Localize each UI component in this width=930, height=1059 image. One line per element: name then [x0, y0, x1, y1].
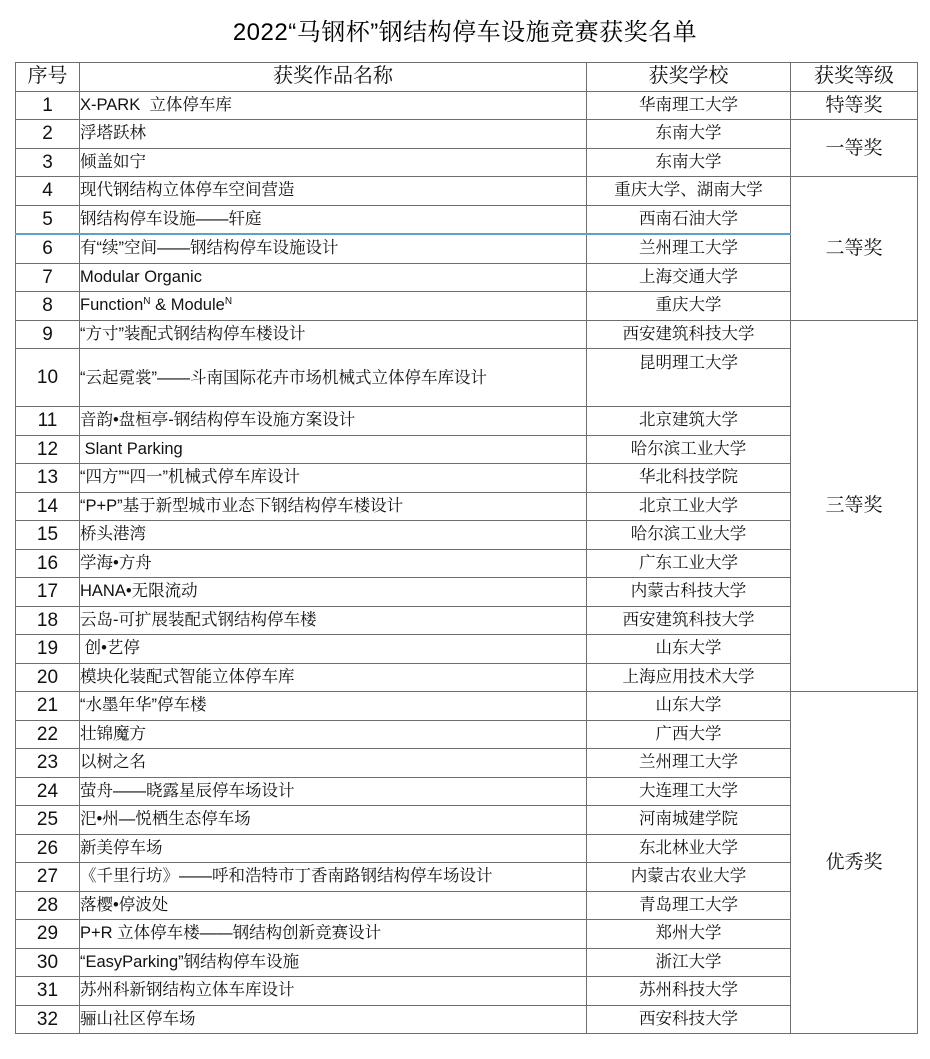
table-row: 12 Slant Parking 哈尔滨工业大学 — [16, 435, 918, 464]
row-no: 10 — [16, 349, 80, 407]
row-work-name: 壮锦魔方 — [80, 720, 587, 749]
table-row: 22 壮锦魔方 广西大学 — [16, 720, 918, 749]
row-school: 内蒙古科技大学 — [587, 578, 791, 607]
row-school: 兰州理工大学 — [587, 234, 791, 263]
row-no: 2 — [16, 120, 80, 149]
row-no: 7 — [16, 263, 80, 292]
row-no: 19 — [16, 635, 80, 664]
row-work-name: HANA•无限流动 — [80, 578, 587, 607]
row-school: 华北科技学院 — [587, 464, 791, 493]
row-work-name: 创•艺停 — [80, 635, 587, 664]
row-no: 31 — [16, 977, 80, 1006]
row-no: 32 — [16, 1005, 80, 1034]
table-row: 4 现代钢结构立体停车空间营造 重庆大学、湖南大学 二等奖 — [16, 177, 918, 206]
table-row: 32 骊山社区停车场 西安科技大学 — [16, 1005, 918, 1034]
header-work-name: 获奖作品名称 — [80, 63, 587, 92]
row-work-name: 《千里行坊》——呼和浩特市丁香南路钢结构停车场设计 — [80, 863, 587, 892]
row-school: 郑州大学 — [587, 920, 791, 949]
row-no: 30 — [16, 948, 80, 977]
table-row: 9 “方寸”装配式钢结构停车楼设计 西安建筑科技大学 三等奖 — [16, 320, 918, 349]
row-school: 大连理工大学 — [587, 777, 791, 806]
table-row: 21 “水墨年华”停车楼 山东大学 优秀奖 — [16, 692, 918, 721]
row-school: 上海应用技术大学 — [587, 663, 791, 692]
row-school: 东北林业大学 — [587, 834, 791, 863]
row-work-name: 汜•州—悦栖生态停车场 — [80, 806, 587, 835]
row-work-name: 萤舟——晓露星辰停车场设计 — [80, 777, 587, 806]
row-no: 25 — [16, 806, 80, 835]
table-row: 5 钢结构停车设施——轩庭 西南石油大学 — [16, 205, 918, 234]
table-row: 7 Modular Organic 上海交通大学 — [16, 263, 918, 292]
row-school: 重庆大学、湖南大学 — [587, 177, 791, 206]
table-row: 27 《千里行坊》——呼和浩特市丁香南路钢结构停车场设计 内蒙古农业大学 — [16, 863, 918, 892]
row-work-name: Slant Parking — [80, 435, 587, 464]
header-no: 序号 — [16, 63, 80, 92]
work-name-part: & Module — [151, 296, 225, 314]
row-no: 5 — [16, 205, 80, 234]
row-no: 27 — [16, 863, 80, 892]
row-no: 14 — [16, 492, 80, 521]
row-school: 山东大学 — [587, 692, 791, 721]
table-row: 10 “云起霓裳”——斗南国际花卉市场机械式立体停车库设计 昆明理工大学 — [16, 349, 918, 407]
row-work-name: 以树之名 — [80, 749, 587, 778]
row-work-name: 桥头港湾 — [80, 521, 587, 550]
row-work-name: 现代钢结构立体停车空间营造 — [80, 177, 587, 206]
row-work-name: 钢结构停车设施——轩庭 — [80, 205, 587, 234]
row-work-name: 云岛-可扩展装配式钢结构停车楼 — [80, 606, 587, 635]
row-work-name: “水墨年华”停车楼 — [80, 692, 587, 721]
table-row: 30 “EasyParking”钢结构停车设施 浙江大学 — [16, 948, 918, 977]
row-work-name: 有“续”空间——钢结构停车设施设计 — [80, 234, 587, 263]
header-level: 获奖等级 — [791, 63, 918, 92]
row-school: 山东大学 — [587, 635, 791, 664]
row-school: 河南城建学院 — [587, 806, 791, 835]
table-row: 3 倾盖如宁 东南大学 — [16, 148, 918, 177]
row-no: 15 — [16, 521, 80, 550]
row-work-name: “云起霓裳”——斗南国际花卉市场机械式立体停车库设计 — [80, 349, 587, 407]
row-school: 哈尔滨工业大学 — [587, 435, 791, 464]
level-second: 二等奖 — [791, 177, 918, 321]
row-no: 4 — [16, 177, 80, 206]
level-first: 一等奖 — [791, 120, 918, 177]
row-school: 昆明理工大学 — [587, 349, 791, 407]
table-row: 13 “四方”“四一”机械式停车库设计 华北科技学院 — [16, 464, 918, 493]
table-row: 23 以树之名 兰州理工大学 — [16, 749, 918, 778]
page-title: 2022“马钢杯”钢结构停车设施竞赛获奖名单 — [0, 18, 930, 48]
table-row: 18 云岛-可扩展装配式钢结构停车楼 西安建筑科技大学 — [16, 606, 918, 635]
row-no: 28 — [16, 891, 80, 920]
row-no: 17 — [16, 578, 80, 607]
table-row: 16 学海•方舟 广东工业大学 — [16, 549, 918, 578]
row-school: 西安建筑科技大学 — [587, 606, 791, 635]
row-work-name: 骊山社区停车场 — [80, 1005, 587, 1034]
table-row: 6 有“续”空间——钢结构停车设施设计 兰州理工大学 — [16, 234, 918, 263]
table-row: 2 浮塔跃林 东南大学 一等奖 — [16, 120, 918, 149]
row-work-name: “方寸”装配式钢结构停车楼设计 — [80, 320, 587, 349]
row-school: 内蒙古农业大学 — [587, 863, 791, 892]
table-header-row: 序号 获奖作品名称 获奖学校 获奖等级 — [16, 63, 918, 92]
row-work-name: 音韵•盘桓亭-钢结构停车设施方案设计 — [80, 407, 587, 436]
table-row: 26 新美停车场 东北林业大学 — [16, 834, 918, 863]
level-excellent: 优秀奖 — [791, 692, 918, 1034]
work-name-part: Function — [80, 296, 143, 314]
table-row: 15 桥头港湾 哈尔滨工业大学 — [16, 521, 918, 550]
level-third: 三等奖 — [791, 320, 918, 692]
row-school: 西安科技大学 — [587, 1005, 791, 1034]
table-row: 19 创•艺停 山东大学 — [16, 635, 918, 664]
table-row: 31 苏州科新钢结构立体车库设计 苏州科技大学 — [16, 977, 918, 1006]
row-work-name: “四方”“四一”机械式停车库设计 — [80, 464, 587, 493]
row-school: 浙江大学 — [587, 948, 791, 977]
row-work-name: P+R 立体停车楼——钢结构创新竞赛设计 — [80, 920, 587, 949]
table-row: 1 X-PARK 立体停车库 华南理工大学 特等奖 — [16, 91, 918, 120]
table-row: 24 萤舟——晓露星辰停车场设计 大连理工大学 — [16, 777, 918, 806]
table-row: 14 “P+P”基于新型城市业态下钢结构停车楼设计 北京工业大学 — [16, 492, 918, 521]
row-no: 29 — [16, 920, 80, 949]
row-school: 华南理工大学 — [587, 91, 791, 120]
row-no: 12 — [16, 435, 80, 464]
table-row: 17 HANA•无限流动 内蒙古科技大学 — [16, 578, 918, 607]
row-work-name: 苏州科新钢结构立体车库设计 — [80, 977, 587, 1006]
row-work-name: 落樱•停波处 — [80, 891, 587, 920]
row-no: 24 — [16, 777, 80, 806]
row-no: 26 — [16, 834, 80, 863]
table-row: 8 FunctionN & ModuleN 重庆大学 — [16, 292, 918, 321]
row-work-name: FunctionN & ModuleN — [80, 292, 587, 321]
row-no: 11 — [16, 407, 80, 436]
awards-table: 序号 获奖作品名称 获奖学校 获奖等级 1 X-PARK 立体停车库 华南理工大… — [15, 62, 918, 1034]
superscript: N — [143, 296, 150, 307]
row-school: 上海交通大学 — [587, 263, 791, 292]
row-school: 广东工业大学 — [587, 549, 791, 578]
row-school: 广西大学 — [587, 720, 791, 749]
level-special: 特等奖 — [791, 91, 918, 120]
row-school: 哈尔滨工业大学 — [587, 521, 791, 550]
row-school: 北京工业大学 — [587, 492, 791, 521]
row-no: 9 — [16, 320, 80, 349]
row-school: 苏州科技大学 — [587, 977, 791, 1006]
row-work-name: 学海•方舟 — [80, 549, 587, 578]
row-school: 西安建筑科技大学 — [587, 320, 791, 349]
table-row: 29 P+R 立体停车楼——钢结构创新竞赛设计 郑州大学 — [16, 920, 918, 949]
row-work-name: X-PARK 立体停车库 — [80, 91, 587, 120]
row-work-name: “EasyParking”钢结构停车设施 — [80, 948, 587, 977]
table-row: 28 落樱•停波处 青岛理工大学 — [16, 891, 918, 920]
row-school: 重庆大学 — [587, 292, 791, 321]
row-no: 3 — [16, 148, 80, 177]
row-work-name: 模块化装配式智能立体停车库 — [80, 663, 587, 692]
row-work-name: Modular Organic — [80, 263, 587, 292]
row-no: 1 — [16, 91, 80, 120]
row-no: 18 — [16, 606, 80, 635]
row-work-name: “P+P”基于新型城市业态下钢结构停车楼设计 — [80, 492, 587, 521]
table-row: 20 模块化装配式智能立体停车库 上海应用技术大学 — [16, 663, 918, 692]
row-work-name: 新美停车场 — [80, 834, 587, 863]
row-school: 东南大学 — [587, 120, 791, 149]
row-no: 8 — [16, 292, 80, 321]
row-school: 北京建筑大学 — [587, 407, 791, 436]
table-row: 11 音韵•盘桓亭-钢结构停车设施方案设计 北京建筑大学 — [16, 407, 918, 436]
row-no: 16 — [16, 549, 80, 578]
row-no: 23 — [16, 749, 80, 778]
row-no: 6 — [16, 234, 80, 263]
row-no: 20 — [16, 663, 80, 692]
row-school: 东南大学 — [587, 148, 791, 177]
header-school: 获奖学校 — [587, 63, 791, 92]
row-no: 22 — [16, 720, 80, 749]
row-work-name: 倾盖如宁 — [80, 148, 587, 177]
row-no: 13 — [16, 464, 80, 493]
row-school: 西南石油大学 — [587, 205, 791, 234]
superscript: N — [225, 296, 232, 307]
row-work-name: 浮塔跃林 — [80, 120, 587, 149]
table-row: 25 汜•州—悦栖生态停车场 河南城建学院 — [16, 806, 918, 835]
row-school: 青岛理工大学 — [587, 891, 791, 920]
row-school: 兰州理工大学 — [587, 749, 791, 778]
row-no: 21 — [16, 692, 80, 721]
